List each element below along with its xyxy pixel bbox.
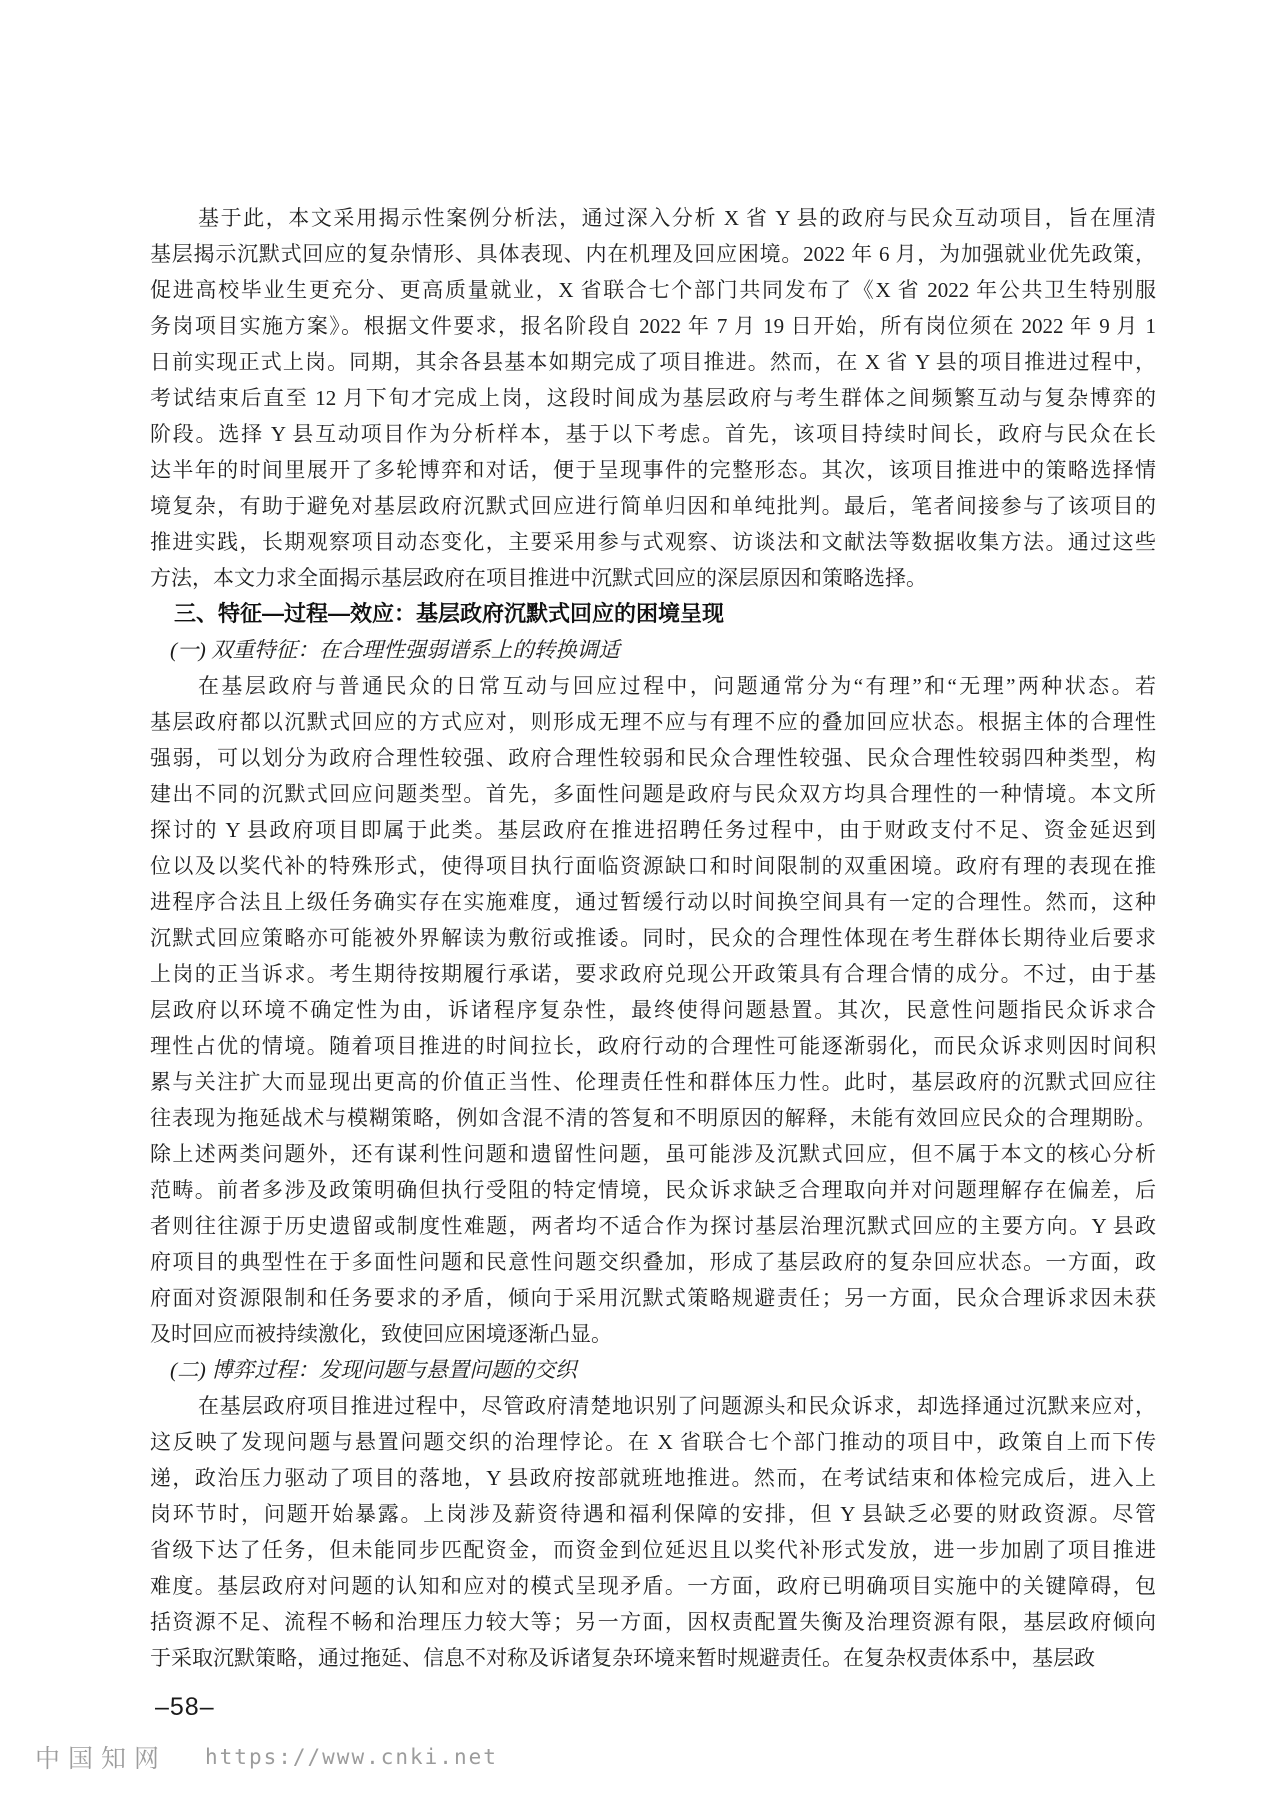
text-line: 务岗项目实施方案》。根据文件要求，报名阶段自 2022 年 7 月 19 日开始…	[150, 308, 1156, 344]
text-line: 基于此，本文采用揭示性案例分析法，通过深入分析 X 省 Y 县的政府与民众互动项…	[150, 200, 1156, 236]
text-line: 理性占优的情境。随着项目推进的时间拉长，政府行动的合理性可能逐渐弱化，而民众诉求…	[150, 1028, 1156, 1064]
text-line: 探讨的 Y 县政府项目即属于此类。基层政府在推进招聘任务过程中，由于财政支付不足…	[150, 812, 1156, 848]
text-line: 境复杂，有助于避免对基层政府沉默式回应进行简单归因和单纯批判。最后，笔者间接参与…	[150, 488, 1156, 524]
text-line: 括资源不足、流程不畅和治理压力较大等；另一方面，因权责配置失衡及治理资源有限，基…	[150, 1604, 1156, 1640]
cnki-watermark: 中国知网 https://www.cnki.net	[35, 1740, 498, 1774]
text-line: 日前实现正式上岗。同期，其余各县基本如期完成了项目推进。然而，在 X 省 Y 县…	[150, 344, 1156, 380]
article-body: 基于此，本文采用揭示性案例分析法，通过深入分析 X 省 Y 县的政府与民众互动项…	[150, 200, 1156, 1676]
text-line: 除上述两类问题外，还有谋利性问题和遗留性问题，虽可能涉及沉默式回应，但不属于本文…	[150, 1136, 1156, 1172]
text-line: 推进实践，长期观察项目动态变化，主要采用参与式观察、访谈法和文献法等数据收集方法…	[150, 524, 1156, 560]
text-line: 省级下达了任务，但未能同步匹配资金，而资金到位延迟且以奖代补形式发放，进一步加剧…	[150, 1532, 1156, 1568]
cnki-logo-text: 中国知网	[35, 1739, 167, 1775]
page-number: –58–	[155, 1693, 215, 1722]
text-line: 府项目的典型性在于多面性问题和民意性问题交织叠加，形成了基层政府的复杂回应状态。…	[150, 1244, 1156, 1280]
text-line: 府面对资源限制和任务要求的矛盾，倾向于采用沉默式策略规避责任；另一方面，民众合理…	[150, 1280, 1156, 1316]
text-line: 于采取沉默策略，通过拖延、信息不对称及诉诸复杂环境来暂时规避责任。在复杂权责体系…	[150, 1640, 1156, 1676]
text-line: 在基层政府项目推进过程中，尽管政府清楚地识别了问题源头和民众诉求，却选择通过沉默…	[150, 1388, 1156, 1424]
text-line: 这反映了发现问题与悬置问题交织的治理悖论。在 X 省联合七个部门推动的项目中，政…	[150, 1424, 1156, 1460]
subsection-heading: (一) 双重特征：在合理性强弱谱系上的转换调适	[170, 632, 1156, 668]
text-line: 位以及以奖代补的特殊形式，使得项目执行面临资源缺口和时间限制的双重困境。政府有理…	[150, 848, 1156, 884]
text-line: 方法，本文力求全面揭示基层政府在项目推进中沉默式回应的深层原因和策略选择。	[150, 560, 1156, 596]
text-line: 达半年的时间里展开了多轮博弈和对话，便于呈现事件的完整形态。其次，该项目推进中的…	[150, 452, 1156, 488]
text-line: 范畴。前者多涉及政策明确但执行受阻的特定情境，民众诉求缺乏合理取向并对问题理解存…	[150, 1172, 1156, 1208]
text-line: 考试结束后直至 12 月下旬才完成上岗，这段时间成为基层政府与考生群体之间频繁互…	[150, 380, 1156, 416]
text-line: 岗环节时，问题开始暴露。上岗涉及薪资待遇和福利保障的安排，但 Y 县缺乏必要的财…	[150, 1496, 1156, 1532]
text-line: 递，政治压力驱动了项目的落地，Y 县政府按部就班地推进。然而，在考试结束和体检完…	[150, 1460, 1156, 1496]
text-line: 及时回应而被持续激化，致使回应困境逐渐凸显。	[150, 1316, 1156, 1352]
text-line: 促进高校毕业生更充分、更高质量就业，X 省联合七个部门共同发布了《X 省 202…	[150, 272, 1156, 308]
text-line: 进程序合法且上级任务确实存在实施难度，通过暂缓行动以时间换空间具有一定的合理性。…	[150, 884, 1156, 920]
text-line: 基层揭示沉默式回应的复杂情形、具体表现、内在机理及回应困境。2022 年 6 月…	[150, 236, 1156, 272]
text-line: 层政府以环境不确定性为由，诉诸程序复杂性，最终使得问题悬置。其次，民意性问题指民…	[150, 992, 1156, 1028]
section-heading: 三、特征—过程—效应：基层政府沉默式回应的困境呈现	[174, 596, 1156, 632]
text-line: 阶段。选择 Y 县互动项目作为分析样本，基于以下考虑。首先，该项目持续时间长，政…	[150, 416, 1156, 452]
text-line: 者则往往源于历史遗留或制度性难题，两者均不适合作为探讨基层治理沉默式回应的主要方…	[150, 1208, 1156, 1244]
text-line: 强弱，可以划分为政府合理性较强、政府合理性较弱和民众合理性较强、民众合理性较弱四…	[150, 740, 1156, 776]
text-line: 累与关注扩大而显现出更高的价值正当性、伦理责任性和群体压力性。此时，基层政府的沉…	[150, 1064, 1156, 1100]
text-line: 沉默式回应策略亦可能被外界解读为敷衍或推诿。同时，民众的合理性体现在考生群体长期…	[150, 920, 1156, 956]
text-line: 难度。基层政府对问题的认知和应对的模式呈现矛盾。一方面，政府已明确项目实施中的关…	[150, 1568, 1156, 1604]
text-line: 基层政府都以沉默式回应的方式应对，则形成无理不应与有理不应的叠加回应状态。根据主…	[150, 704, 1156, 740]
scanned-paper-page: 基于此，本文采用揭示性案例分析法，通过深入分析 X 省 Y 县的政府与民众互动项…	[0, 0, 1280, 1810]
cnki-url: https://www.cnki.net	[205, 1745, 498, 1769]
text-line: 上岗的正当诉求。考生期待按期履行承诺，要求政府兑现公开政策具有合理合情的成分。不…	[150, 956, 1156, 992]
text-line: 在基层政府与普通民众的日常互动与回应过程中，问题通常分为“有理”和“无理”两种状…	[150, 668, 1156, 704]
text-line: 往表现为拖延战术与模糊策略，例如含混不清的答复和不明原因的解释，未能有效回应民众…	[150, 1100, 1156, 1136]
text-line: 建出不同的沉默式回应问题类型。首先，多面性问题是政府与民众双方均具合理性的一种情…	[150, 776, 1156, 812]
subsection-heading: (二) 博弈过程：发现问题与悬置问题的交织	[170, 1352, 1156, 1388]
